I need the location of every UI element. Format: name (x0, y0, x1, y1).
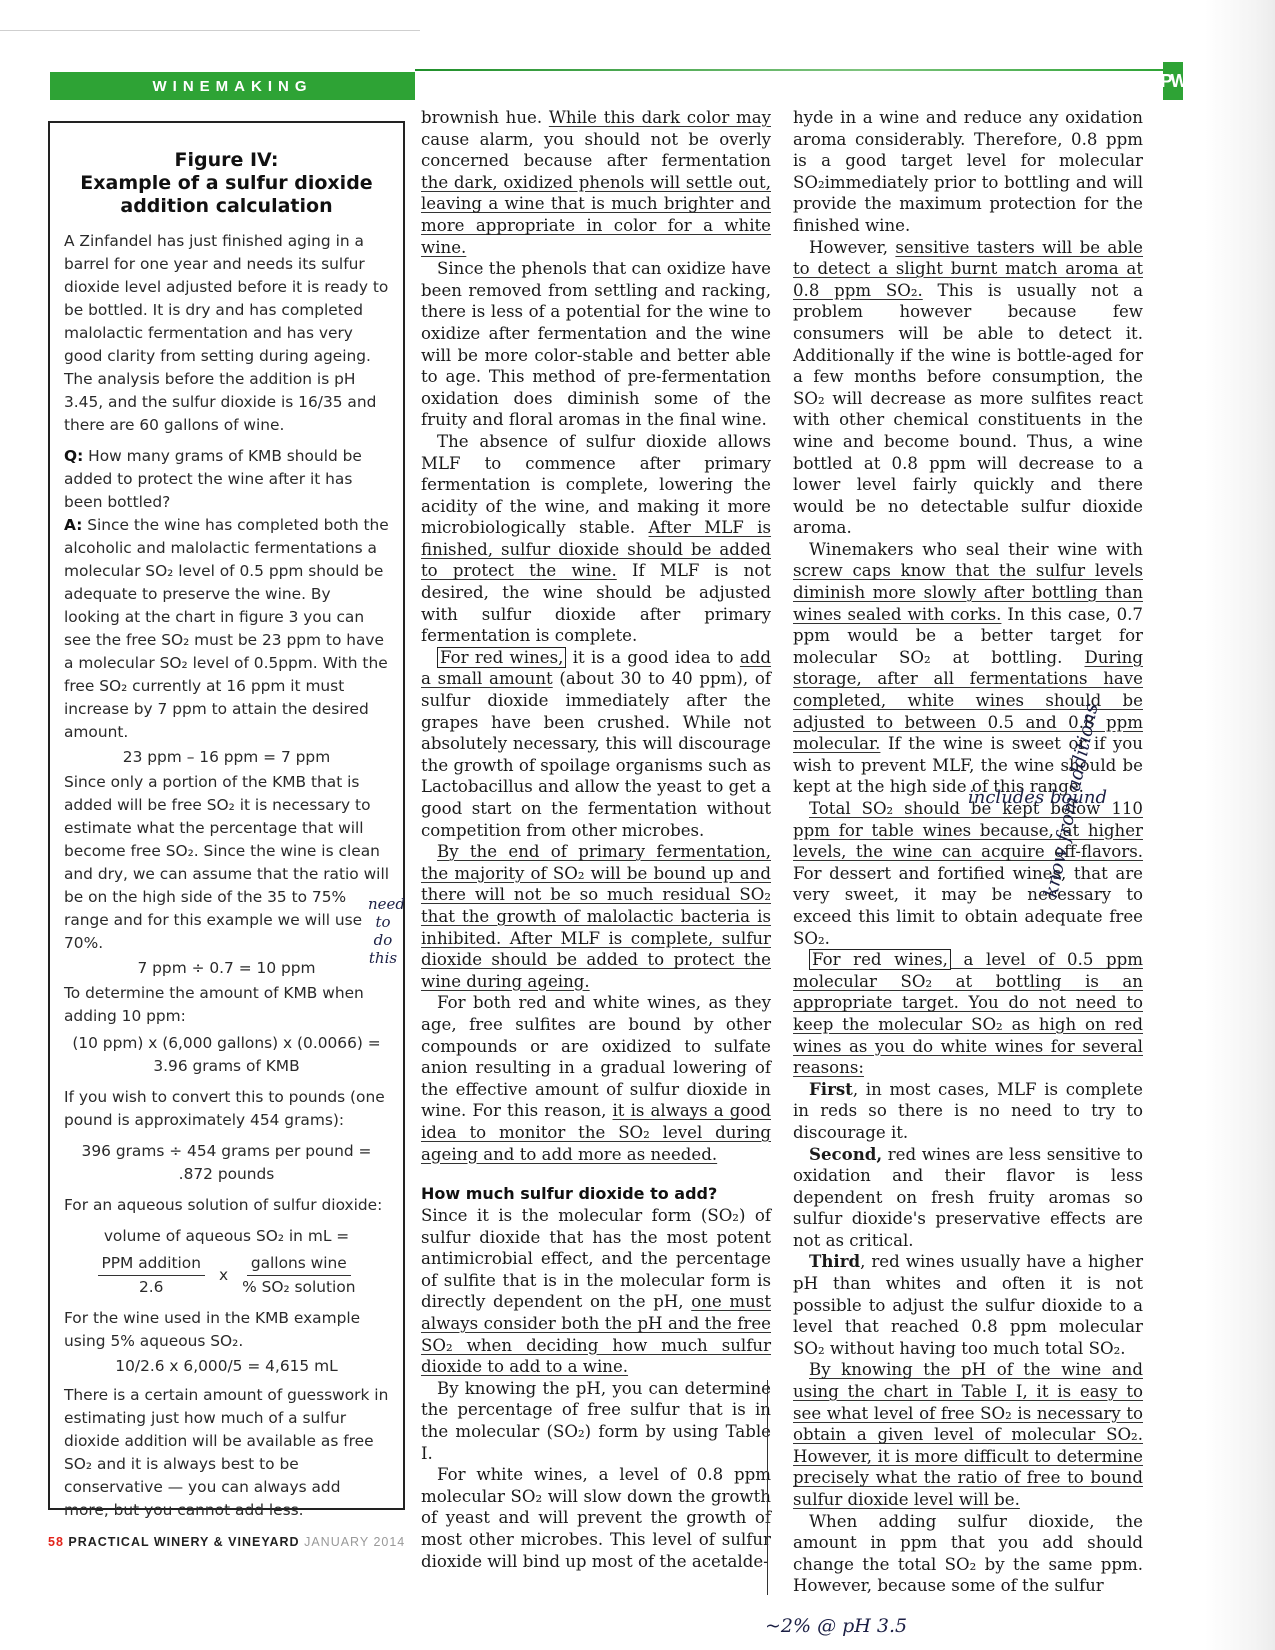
col2-para-8: By knowing the pH, you can determine the… (421, 1378, 771, 1464)
fraction-1-denominator: 2.6 (139, 1276, 163, 1299)
handwritten-bottom-note: ~2% @ pH 3.5 (765, 1615, 907, 1637)
underlined-text: While this dark color may (549, 108, 771, 127)
col3-para-8: Third, red wines usually have a higher p… (793, 1251, 1143, 1359)
col3-para-7: Second, red wines are less sensitive to … (793, 1144, 1143, 1252)
equation-1: 23 ppm – 16 ppm = 7 ppm (64, 746, 389, 769)
figure-para-2: Since only a portion of the KMB that is … (64, 771, 389, 955)
a-label: A: (64, 516, 82, 534)
handwritten-includes-bound: includes bound (968, 787, 1107, 808)
figure-title-line1: Figure IV: (174, 149, 278, 171)
equation-5: 10/2.6 x 6,000/5 = 4,615 mL (64, 1355, 389, 1378)
equation-4-line1: 396 grams ÷ 454 grams per pound = (82, 1142, 372, 1160)
equation-3-line2: 3.96 grams of KMB (153, 1057, 299, 1075)
text: Winemakers who seal their wine with (809, 540, 1143, 559)
equation-2: 7 ppm ÷ 0.7 = 10 ppm (64, 957, 389, 980)
multiply-sign: x (219, 1264, 228, 1287)
formula-fraction: PPM addition 2.6 x gallons wine % SO₂ so… (64, 1252, 389, 1299)
figure-para-4: If you wish to convert this to pounds (o… (64, 1086, 389, 1132)
col2-para-5: By the end of primary fermentation, the … (421, 841, 771, 992)
col2-para-3: The absence of sulfur dioxide allows MLF… (421, 431, 771, 647)
equation-3: (10 ppm) x (6,000 gallons) x (0.0066) = … (64, 1032, 389, 1078)
section-title: WINEMAKING (153, 78, 313, 95)
equation-3-line1: (10 ppm) x (6,000 gallons) x (0.0066) = (72, 1034, 380, 1052)
figure-para-6: For the wine used in the KMB example usi… (64, 1307, 389, 1353)
figure-intro: A Zinfandel has just finished aging in a… (64, 230, 389, 437)
figure-title-line2: Example of a sulfur dioxide addition cal… (80, 172, 372, 217)
text: (about 30 to 40 ppm), of sulfur dioxide … (421, 669, 771, 839)
col3-para-10: When adding sulfur dioxide, the amount i… (793, 1511, 1143, 1597)
second-label: Second, (809, 1144, 882, 1164)
col3-para-4: Total SO₂ should be kept below 110 ppm f… (793, 798, 1143, 949)
q-label: Q: (64, 447, 83, 465)
text: brownish hue. (421, 108, 549, 127)
fraction-2: gallons wine % SO₂ solution (242, 1252, 355, 1299)
text: This is usually not a problem however be… (793, 281, 1143, 538)
col2-para-7: Since it is the molecular form (SO₂) of … (421, 1205, 771, 1378)
page-footer: 58 PRACTICAL WINERY & VINEYARD JANUARY 2… (48, 1535, 405, 1549)
handwritten-need-to-do-this: need to do this (368, 895, 398, 967)
q-text: How many grams of KMB should be added to… (64, 447, 362, 511)
col3-para-1: hyde in a wine and reduce any oxidation … (793, 107, 1143, 237)
col2-para-1: brownish hue. While this dark color may … (421, 107, 771, 258)
pw-logo: PW (1163, 62, 1183, 100)
issue-date: JANUARY 2014 (304, 1535, 405, 1549)
text: it is a good idea to (566, 648, 740, 667)
margin-bracket-line (767, 1380, 768, 1595)
fraction-1: PPM addition 2.6 (98, 1252, 205, 1299)
col2-para-6: For both red and white wines, as they ag… (421, 992, 771, 1165)
figure-para-3: To determine the amount of KMB when addi… (64, 982, 389, 1028)
figure-title: Figure IV: Example of a sulfur dioxide a… (64, 149, 389, 218)
underlined-text: Total SO₂ should be kept below 110 ppm f… (793, 799, 1143, 861)
subheading: How much sulfur dioxide to add? (421, 1183, 771, 1205)
figure-para-5: For an aqueous solution of sulfur dioxid… (64, 1194, 389, 1217)
col2-para-4: For red wines, it is a good idea to add … (421, 647, 771, 841)
page-number: 58 (48, 1535, 64, 1549)
boxed-annotation: For red wines, (809, 949, 951, 970)
top-rule (0, 30, 420, 31)
underlined-text: the dark, oxidized phenols will settle o… (421, 173, 771, 257)
a-text: Since the wine has completed both the al… (64, 516, 389, 741)
fraction-2-numerator: gallons wine (247, 1252, 351, 1276)
article-column-3: hyde in a wine and reduce any oxidation … (793, 107, 1143, 1597)
scan-edge-shadow (1205, 0, 1275, 1650)
col2-para-9: For white wines, a level of 0.8 ppm mole… (421, 1464, 771, 1572)
col3-para-5: For red wines, a level of 0.5 ppm molecu… (793, 949, 1143, 1079)
figure-para-7: There is a certain amount of guesswork i… (64, 1384, 389, 1522)
text: cause alarm, you should not be overly co… (421, 130, 771, 171)
equation-4: 396 grams ÷ 454 grams per pound = .872 p… (64, 1140, 389, 1186)
equation-4-line2: .872 pounds (179, 1165, 275, 1183)
text: For dessert and fortified wines, that ar… (793, 864, 1143, 948)
col3-para-2: However, sensitive tasters will be able … (793, 237, 1143, 539)
header-rule (415, 69, 1165, 71)
figure-question: Q: How many grams of KMB should be added… (64, 445, 389, 514)
fraction-1-numerator: PPM addition (98, 1252, 205, 1276)
first-label: First (809, 1079, 853, 1099)
formula-lhs: volume of aqueous SO₂ in mL = (64, 1225, 389, 1248)
fraction-2-denominator: % SO₂ solution (242, 1276, 355, 1299)
col3-para-6: First, in most cases, MLF is complete in… (793, 1079, 1143, 1144)
third-label: Third (809, 1251, 860, 1271)
section-header: WINEMAKING (50, 72, 415, 100)
text: However, (809, 238, 895, 257)
col2-para-2: Since the phenols that can oxidize have … (421, 258, 771, 431)
article-column-2: brownish hue. While this dark color may … (421, 107, 771, 1572)
boxed-annotation: For red wines, (437, 647, 566, 668)
col3-para-9: By knowing the pH of the wine and using … (793, 1359, 1143, 1510)
figure-answer: A: Since the wine has completed both the… (64, 514, 389, 744)
figure-iv-box: Figure IV: Example of a sulfur dioxide a… (48, 121, 405, 1510)
magazine-name: PRACTICAL WINERY & VINEYARD (68, 1535, 299, 1549)
